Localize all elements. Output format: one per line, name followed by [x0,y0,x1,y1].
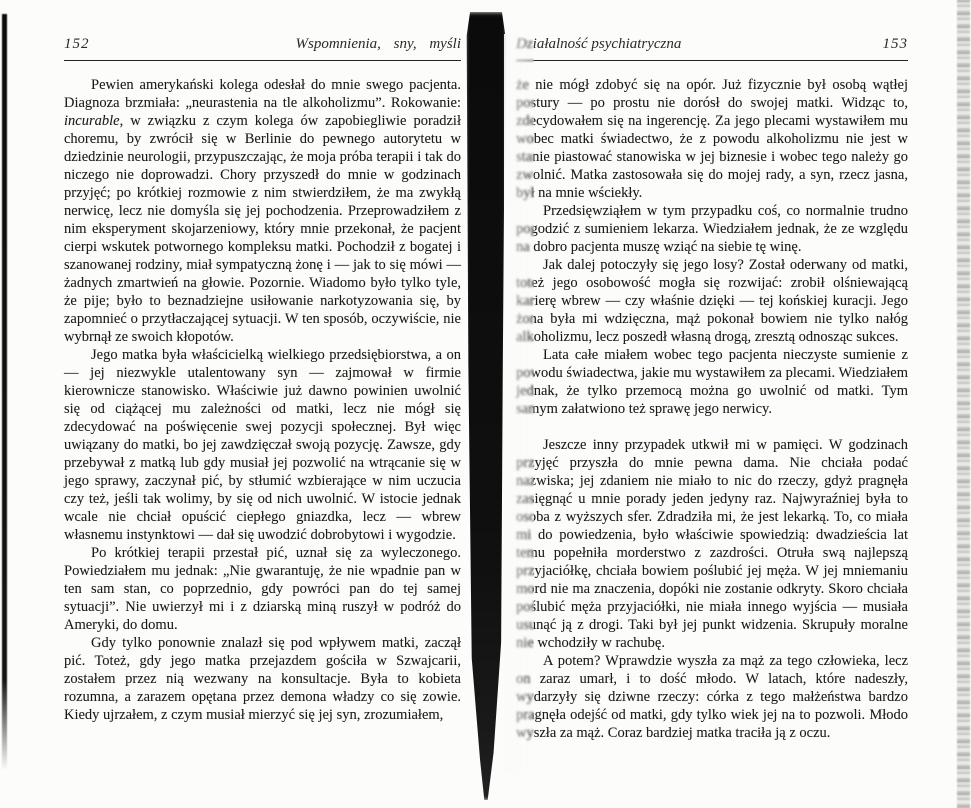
paragraph: Jego matka była właścicielką wielkiego p… [64,346,461,544]
page-header-left: 152 Wspomnienia, sny, myśli [64,36,461,61]
page-body-left: Pewien amerykański kolega odesłał do mni… [64,76,461,724]
paragraph-text: Pewien amerykański kolega odesłał do mni… [64,77,461,111]
left-page-edge [2,14,7,770]
gutter-fade-overlay [504,34,534,774]
page-number-right: 153 [883,36,909,53]
book-scan: 152 Wspomnienia, sny, myśli Pewien amery… [0,0,971,808]
paragraph: Gdy tylko ponownie znalazł się pod wpływ… [64,634,461,724]
paragraph: Przedsięwziąłem w tym przypadku coś, co … [516,202,908,256]
paragraph: Po krótkiej terapii przestał pić, uznał … [64,544,461,634]
paragraph-text: , w związku z czym kolega ów zapobiegliw… [64,113,461,345]
paragraph: Jeszcze inny przypadek utkwił mi w pamię… [516,436,908,652]
paragraph: Pewien amerykański kolega odesłał do mni… [64,76,461,346]
page-left: 152 Wspomnienia, sny, myśli Pewien amery… [64,36,461,724]
paragraph: Lata całe miałem wobec tego pacjenta nie… [516,346,908,418]
italic-term: incurable [64,113,120,129]
scan-right-edge [957,0,970,808]
page-body-right: że nie mógł zdobyć się na opór. Już fizy… [516,76,908,742]
page-right: Działalność psychiatryczna 153 że nie mó… [516,36,908,742]
page-header-right: Działalność psychiatryczna 153 [516,36,908,61]
book-spine-shadow [465,12,507,800]
running-head-right: Działalność psychiatryczna [516,36,681,53]
running-head-left: Wspomnienia, sny, myśli [296,36,462,53]
paragraph: A potem? Wprawdzie wyszła za mąż za tego… [516,652,908,742]
paragraph: że nie mógł zdobyć się na opór. Już fizy… [516,76,908,202]
page-number-left: 152 [64,36,90,53]
paragraph: Jak dalej potoczyły się jego losy? Zosta… [516,256,908,346]
